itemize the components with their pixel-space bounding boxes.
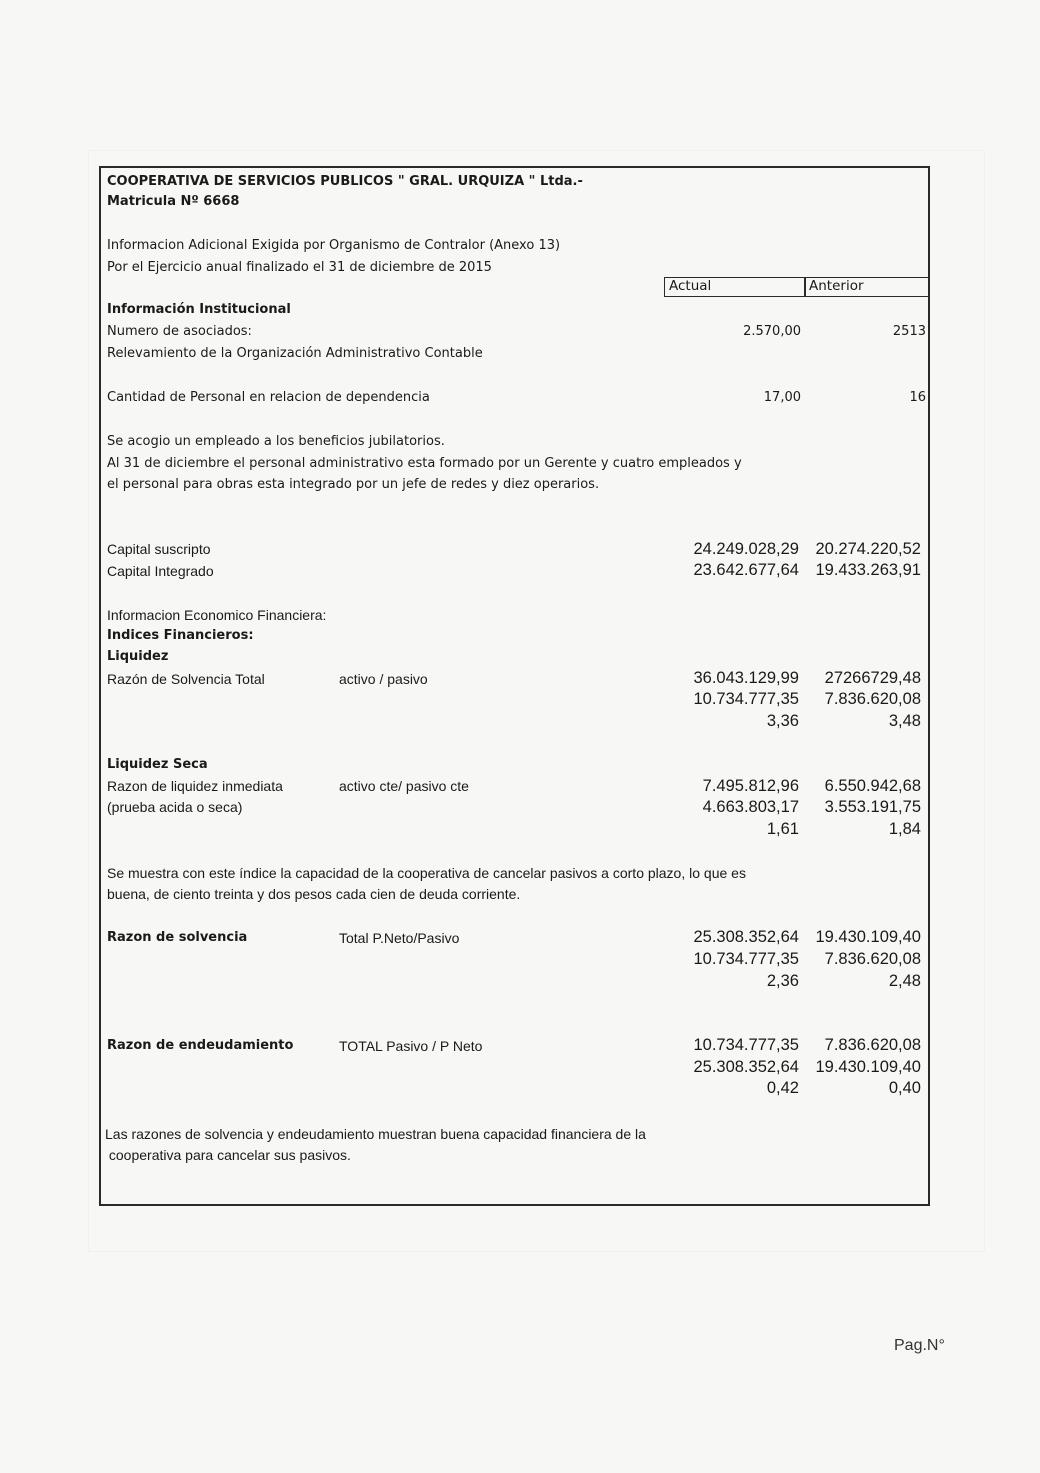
capital-paid-label: Capital Integrado: [107, 563, 214, 579]
quick-liquidity-heading: Liquidez Seca: [107, 757, 208, 773]
page-number-label: Pag.N°: [894, 1337, 945, 1355]
total-solvency-denominator-current: 10.734.777,35: [639, 689, 799, 709]
debt-numerator-current: 10.734.777,35: [639, 1035, 799, 1055]
quick-note-1: Se muestra con este índice la capacidad …: [107, 865, 746, 881]
quick-note-2: buena, de ciento treinta y dos pesos cad…: [107, 886, 520, 902]
debt-ratio-previous: 0,40: [801, 1078, 921, 1098]
total-solvency-numerator-previous: 27266729,48: [801, 668, 921, 688]
staff-note-1: Se acogio un empleado a los beneficios j…: [107, 434, 445, 450]
quick-ratio-numerator-current: 7.495.812,96: [639, 776, 799, 796]
members-label: Numero de asociados:: [107, 324, 252, 340]
staff-label: Cantidad de Personal en relacion de depe…: [107, 390, 430, 406]
debt-denominator-previous: 19.430.109,40: [801, 1057, 921, 1077]
capital-subscribed-current: 24.249.028,29: [639, 539, 799, 559]
capital-subscribed-label: Capital suscripto: [107, 541, 211, 557]
capital-paid-current: 23.642.677,64: [639, 560, 799, 580]
quick-ratio-denominator-previous: 3.553.191,75: [801, 797, 921, 817]
report-subtitle: Informacion Adicional Exigida por Organi…: [107, 238, 560, 254]
closing-note-1: Las razones de solvencia y endeudamiento…: [105, 1126, 646, 1142]
quick-ratio-label: Razon de liquidez inmediata: [107, 778, 283, 794]
debt-formula: TOTAL Pasivo / P Neto: [339, 1038, 482, 1054]
quick-ratio-current: 1,61: [639, 819, 799, 839]
total-solvency-label: Razón de Solvencia Total: [107, 671, 265, 687]
closing-note-2: cooperativa para cancelar sus pasivos.: [105, 1147, 351, 1163]
solvency-label: Razon de solvencia: [107, 930, 247, 946]
quick-ratio-numerator-previous: 6.550.942,68: [801, 776, 921, 796]
column-header-anterior: Anterior: [804, 277, 930, 297]
members-current: 2.570,00: [743, 324, 801, 340]
registration-number: Matricula Nº 6668: [107, 194, 239, 210]
quick-ratio-formula: activo cte/ pasivo cte: [339, 778, 469, 794]
total-solvency-numerator-current: 36.043.129,99: [639, 668, 799, 688]
solvency-numerator-previous: 19.430.109,40: [801, 927, 921, 947]
indices-heading: Indices Financieros:: [107, 628, 254, 644]
staff-note-3: el personal para obras esta integrado po…: [107, 477, 599, 493]
survey-label: Relevamiento de la Organización Administ…: [107, 346, 483, 362]
report-frame: COOPERATIVA DE SERVICIOS PUBLICOS " GRAL…: [99, 166, 930, 1206]
organization-title: COOPERATIVA DE SERVICIOS PUBLICOS " GRAL…: [107, 174, 583, 190]
quick-ratio-denominator-current: 4.663.803,17: [639, 797, 799, 817]
quick-ratio-label-2: (prueba acida o seca): [107, 799, 242, 815]
total-solvency-ratio-previous: 3,48: [801, 711, 921, 731]
total-solvency-formula: activo / pasivo: [339, 671, 428, 687]
column-header-actual: Actual: [664, 277, 806, 297]
liquidity-heading: Liquidez: [107, 649, 168, 665]
financial-intro: Informacion Economico Financiera:: [107, 607, 326, 623]
capital-paid-previous: 19.433.263,91: [801, 560, 921, 580]
debt-numerator-previous: 7.836.620,08: [801, 1035, 921, 1055]
debt-ratio-current: 0,42: [639, 1078, 799, 1098]
staff-note-2: Al 31 de diciembre el personal administr…: [107, 456, 742, 472]
solvency-formula: Total P.Neto/Pasivo: [339, 930, 459, 946]
institutional-heading: Información Institucional: [107, 302, 291, 318]
capital-subscribed-previous: 20.274.220,52: [801, 539, 921, 559]
solvency-numerator-current: 25.308.352,64: [639, 927, 799, 947]
total-solvency-denominator-previous: 7.836.620,08: [801, 689, 921, 709]
total-solvency-ratio-current: 3,36: [639, 711, 799, 731]
quick-ratio-previous: 1,84: [801, 819, 921, 839]
fiscal-period: Por el Ejercicio anual finalizado el 31 …: [107, 260, 492, 276]
members-previous: 2513: [893, 324, 926, 340]
solvency-denominator-previous: 7.836.620,08: [801, 949, 921, 969]
debt-label: Razon de endeudamiento: [107, 1038, 293, 1054]
staff-current: 17,00: [764, 390, 801, 406]
solvency-ratio-previous: 2,48: [801, 971, 921, 991]
debt-denominator-current: 25.308.352,64: [639, 1057, 799, 1077]
staff-previous: 16: [909, 390, 926, 406]
solvency-denominator-current: 10.734.777,35: [639, 949, 799, 969]
solvency-ratio-current: 2,36: [639, 971, 799, 991]
